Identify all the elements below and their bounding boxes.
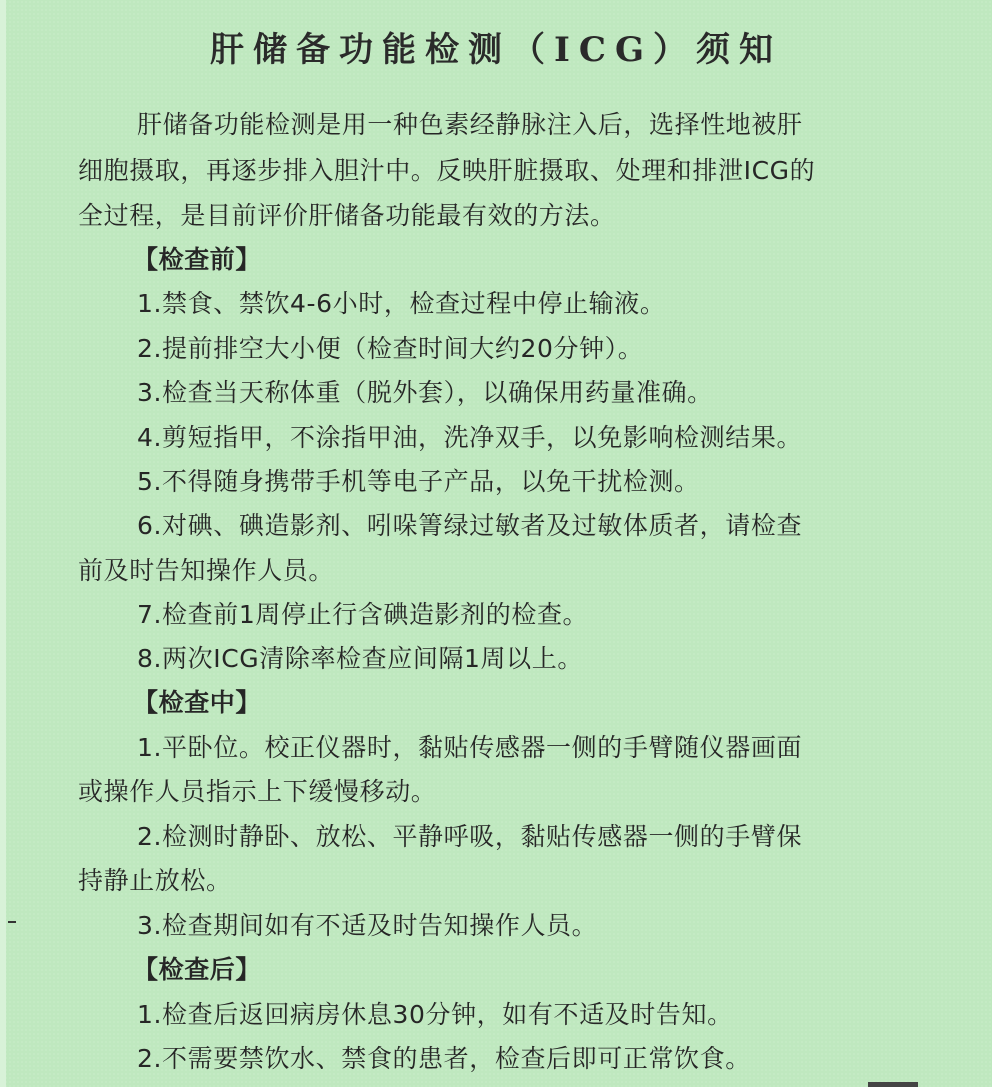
list-item: 5.不得随身携带手机等电子产品，以免干扰检测。 (137, 462, 700, 498)
list-item: 2.提前排空大小便（检查时间大约20分钟）。 (137, 329, 643, 365)
scan-mark (868, 1082, 918, 1087)
list-item: 3.检查期间如有不适及时告知操作人员。 (137, 906, 597, 942)
list-item: 2.检测时静卧、放松、平静呼吸，黏贴传感器一侧的手臂保 (137, 817, 802, 853)
list-item-continued: 持静止放松。 (78, 861, 232, 897)
list-item: 3.检查当天称体重（脱外套），以确保用药量准确。 (137, 373, 713, 409)
list-item: 4.剪短指甲，不涂指甲油，洗净双手，以免影响检测结果。 (137, 418, 802, 454)
list-item: 1.禁食、禁饮4-6小时，检查过程中停止输液。 (137, 284, 666, 320)
document-title: 肝储备功能检测（ICG）须知 (0, 22, 992, 71)
list-item: 6.对碘、碘造影剂、吲哚箐绿过敏者及过敏体质者，请检查 (137, 506, 802, 542)
document-page: 肝储备功能检测（ICG）须知 肝储备功能检测是用一种色素经静脉注入后，选择性地被… (0, 0, 992, 1087)
list-item: 1.检查后返回病房休息30分钟，如有不适及时告知。 (137, 995, 733, 1031)
list-item-continued: 前及时告知操作人员。 (78, 551, 334, 587)
section-heading-after: 【检查后】 (133, 950, 261, 986)
intro-line: 全过程，是目前评价肝储备功能最有效的方法。 (78, 196, 616, 232)
intro-line: 肝储备功能检测是用一种色素经静脉注入后，选择性地被肝 (137, 105, 803, 141)
list-item-continued: 或操作人员指示上下缓慢移动。 (78, 772, 436, 808)
section-heading-during: 【检查中】 (133, 683, 261, 719)
list-item: 1.平卧位。校正仪器时，黏贴传感器一侧的手臂随仪器画面 (137, 728, 802, 764)
list-item: 7.检查前1周停止行含碘造影剂的检查。 (137, 595, 588, 631)
section-heading-before: 【检查前】 (133, 240, 261, 276)
list-item: 2.不需要禁饮水、禁食的患者，检查后即可正常饮食。 (137, 1039, 751, 1075)
intro-line: 细胞摄取，再逐步排入胆汁中。反映肝脏摄取、处理和排泄ICG的 (78, 151, 815, 187)
list-item: 8.两次ICG清除率检查应间隔1周以上。 (137, 639, 583, 675)
scan-mark (8, 921, 16, 923)
paper-edge (0, 0, 6, 1087)
